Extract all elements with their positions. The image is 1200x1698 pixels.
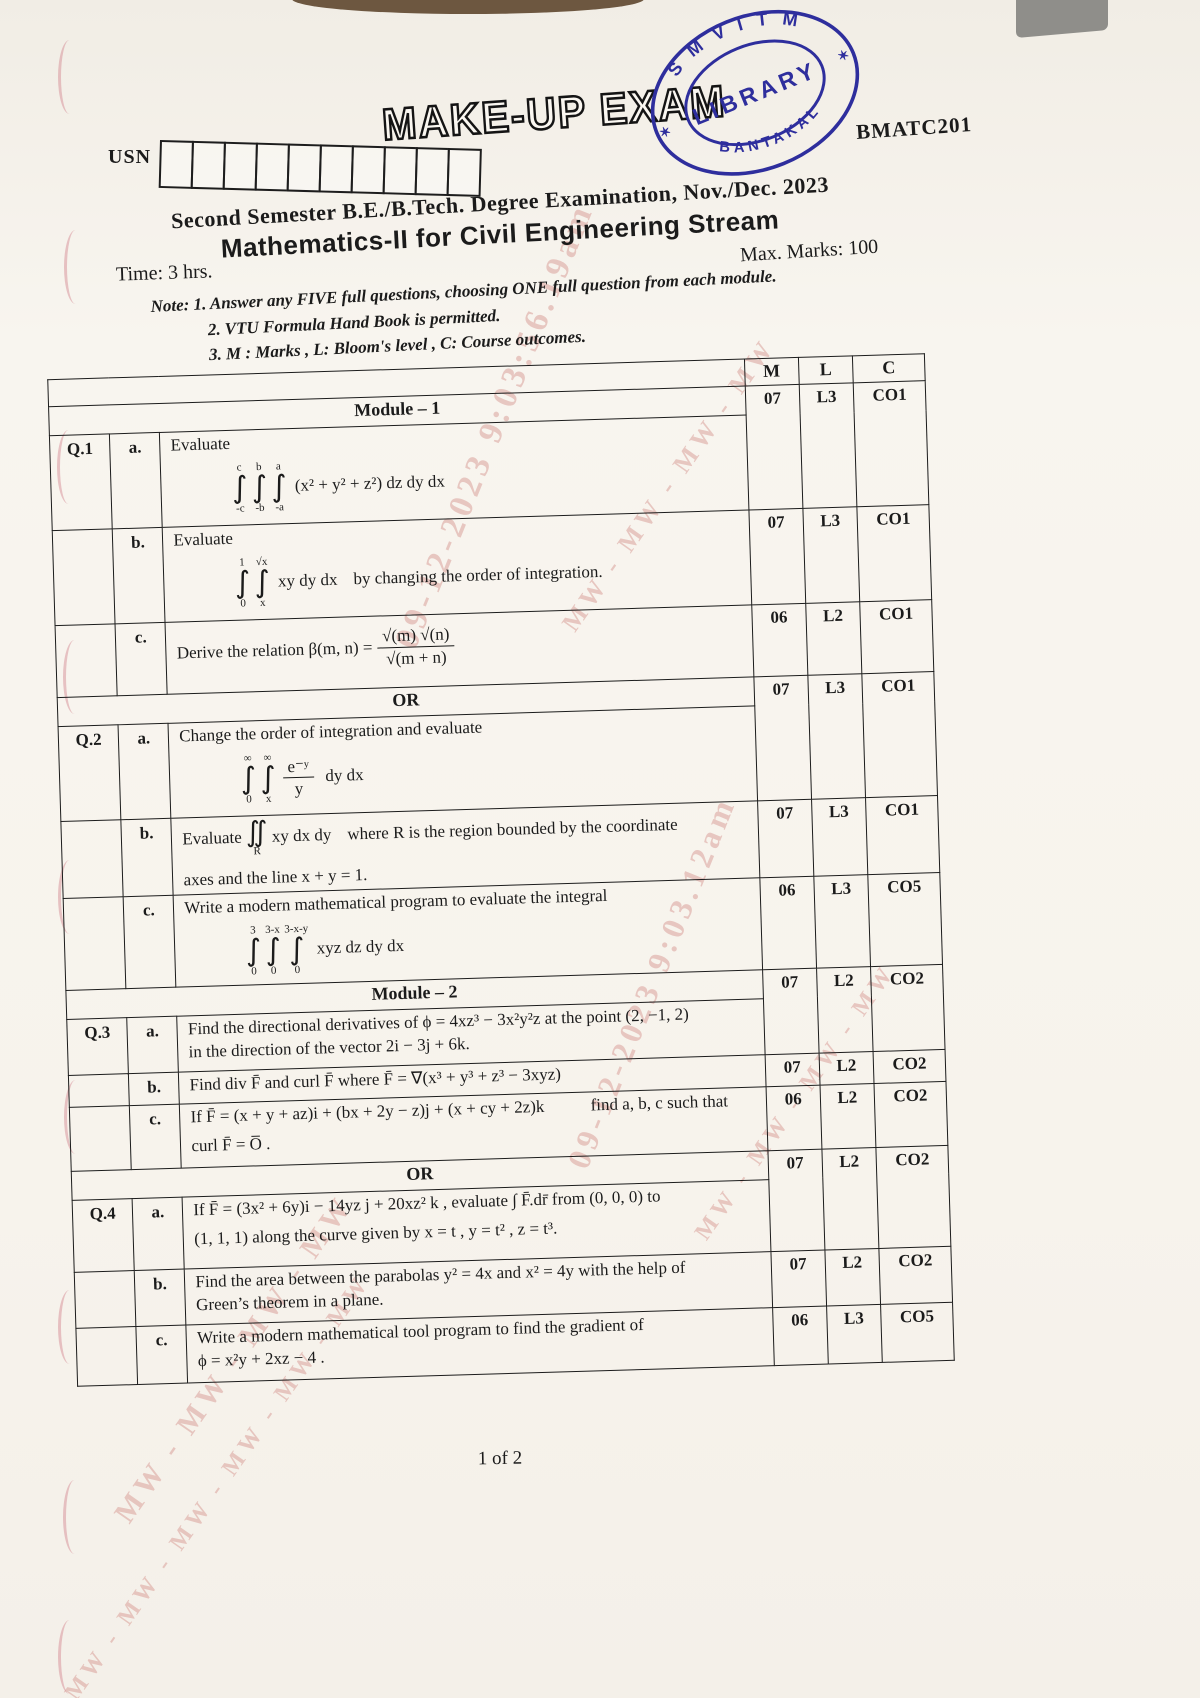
marks-q1b: 07 — [749, 508, 806, 605]
question-number: Q.4 — [72, 1199, 134, 1273]
integrand: (x² + y² + z²) dz dy dx — [295, 471, 446, 498]
question-table: M L C Module – 1 07 L3 CO1 Q.1 a. Evalua… — [47, 353, 955, 1387]
scanned-exam-page: { "page": { "exam_stamp": "MAKE-UP EXAM"… — [0, 0, 1200, 1698]
level-q4a: L2 — [822, 1147, 879, 1250]
q1a-formula: c∫-c b∫-b a∫-a (x² + y² + z²) dz dy dx — [229, 448, 742, 515]
level-q2a: L3 — [808, 674, 866, 800]
co-q3a: CO2 — [871, 964, 945, 1051]
level-q1c: L2 — [806, 602, 862, 676]
question-table-wrap: M L C Module – 1 07 L3 CO1 Q.1 a. Evalua… — [47, 353, 955, 1387]
subquestion-label: c. — [115, 622, 167, 695]
subquestion-label: b. — [129, 1072, 180, 1105]
time-allowed: Time: 3 hrs. — [116, 260, 213, 286]
col-header-c: C — [852, 354, 925, 383]
usn-box[interactable] — [191, 141, 226, 190]
co-q2b: CO1 — [866, 796, 940, 875]
col-header-m: M — [744, 357, 799, 386]
q2b-pre: Evaluate — [182, 827, 242, 852]
q3c-tail: find a, b, c such that — [590, 1091, 728, 1114]
usn-box[interactable] — [255, 143, 290, 192]
q2a-formula: ∞∫0 ∞∫x e⁻ʸ y dy dx — [238, 739, 751, 806]
q2b-integrand: xy dx dy — [272, 824, 332, 849]
question-text-q2a: Change the order of integration and eval… — [168, 706, 757, 818]
q1b-tail: by changing the order of integration. — [353, 561, 603, 591]
integrand: dy dx — [325, 765, 364, 789]
integrand: xy dy dx — [278, 569, 338, 594]
co-q4c: CO5 — [881, 1302, 955, 1362]
note-block: Note: 1. Answer any FIVE full questions,… — [150, 256, 933, 371]
marks-q4b: 07 — [771, 1250, 827, 1308]
subquestion-label: c. — [130, 1104, 182, 1169]
q2c-formula: 3∫0 3-x∫0 3-x-y∫0 xyz dz dy dx — [243, 910, 756, 977]
co-q1b: CO1 — [857, 505, 932, 602]
subquestion-label: c. — [123, 895, 176, 988]
level-q3a: L2 — [816, 967, 873, 1054]
usn-box[interactable] — [383, 146, 418, 195]
marks-q2c: 06 — [760, 876, 817, 970]
question-number: Q.2 — [58, 725, 121, 822]
marks-q3a: 07 — [762, 968, 818, 1055]
usn-label: USN — [108, 146, 151, 169]
marks-q4a: 07 — [768, 1149, 825, 1252]
level-q2b: L3 — [811, 798, 868, 877]
integrand: xyz dz dy dx — [316, 935, 404, 961]
integral: c∫-c — [231, 462, 248, 514]
integral: 3-x∫0 — [265, 924, 282, 976]
integral: ∞∫x — [259, 753, 276, 805]
subquestion-label: b. — [135, 1269, 187, 1326]
level-q3b: L2 — [819, 1051, 874, 1085]
marks-q2b: 07 — [757, 799, 813, 878]
usn-box[interactable] — [447, 148, 482, 197]
usn-box[interactable] — [415, 147, 450, 196]
col-header-l: L — [798, 356, 853, 385]
q2b-tail: where R is the region bounded by the coo… — [347, 814, 678, 847]
level-q1a: L3 — [799, 383, 857, 509]
co-q3b: CO2 — [873, 1049, 946, 1083]
level-q4c: L3 — [826, 1304, 882, 1364]
binding-mark — [58, 1620, 81, 1694]
usn-box[interactable] — [159, 140, 194, 189]
integral: √x∫x — [254, 557, 271, 609]
scan-artifact-top — [292, 0, 644, 14]
usn-boxes — [161, 140, 482, 197]
co-q2a: CO1 — [862, 672, 938, 798]
beta-fraction: √(m) √(n) √(m + n) — [377, 624, 455, 668]
scan-artifact-top-right — [1016, 0, 1108, 38]
integral: 1∫0 — [234, 557, 251, 609]
marks-q4c: 06 — [772, 1306, 828, 1366]
integral: 3-x-y∫0 — [284, 924, 309, 977]
subquestion-label: a. — [110, 432, 163, 528]
level-q1b: L3 — [803, 507, 860, 604]
q3c-line1: If F̄ = (x + y + az)i + (bx + 2y − z)j +… — [190, 1097, 544, 1126]
integral: 3∫0 — [245, 925, 262, 977]
marks-q2a: 07 — [754, 675, 812, 801]
level-q4b: L2 — [825, 1248, 881, 1306]
question-text-q2c: Write a modern mathematical program to e… — [173, 878, 762, 987]
co-q1a: CO1 — [853, 381, 929, 507]
marks-q3b: 07 — [765, 1053, 820, 1087]
page-number: 1 of 2 — [60, 1440, 940, 1477]
q1b-formula: 1∫0 √x∫x xy dy dx by changing the order … — [232, 543, 745, 610]
marks-q3c: 06 — [766, 1085, 822, 1151]
co-q4a: CO2 — [876, 1145, 951, 1248]
usn-box[interactable] — [223, 142, 258, 191]
binding-mark — [58, 40, 81, 114]
co-q4b: CO2 — [879, 1246, 953, 1304]
usn-box[interactable] — [287, 144, 322, 193]
double-integral: ∬ R — [245, 818, 268, 858]
question-text-q1b: Evaluate 1∫0 √x∫x xy dy dx by changing t… — [163, 510, 752, 622]
integral: a∫-a — [270, 461, 287, 513]
usn-box[interactable] — [351, 145, 386, 194]
subquestion-label: b. — [121, 818, 173, 896]
co-q2c: CO5 — [868, 872, 943, 966]
integral: b∫-b — [251, 462, 268, 514]
co-q3c: CO2 — [874, 1081, 948, 1147]
question-text-q1a: Evaluate c∫-c b∫-b a∫-a (x² + y² + z²) d… — [160, 415, 749, 527]
subquestion-label: b. — [113, 527, 166, 623]
q1c-pre: Derive the relation β(m, n) = — [176, 636, 372, 665]
marks-q1a: 07 — [745, 384, 803, 510]
question-number: Q.1 — [49, 434, 112, 531]
exp-fraction: e⁻ʸ y — [282, 756, 315, 799]
integral: ∞∫0 — [240, 753, 257, 805]
co-q1c: CO1 — [860, 600, 934, 674]
binding-mark — [63, 1480, 86, 1554]
level-q3c: L2 — [820, 1083, 876, 1149]
question-number: Q.3 — [67, 1018, 129, 1076]
marks-q1c: 06 — [752, 603, 808, 677]
subquestion-label: c. — [136, 1325, 188, 1384]
subquestion-label: a. — [127, 1016, 179, 1073]
subquestion-label: a. — [118, 723, 171, 819]
usn-box[interactable] — [319, 144, 354, 193]
subquestion-label: a. — [132, 1197, 184, 1270]
level-q2c: L3 — [814, 875, 871, 969]
